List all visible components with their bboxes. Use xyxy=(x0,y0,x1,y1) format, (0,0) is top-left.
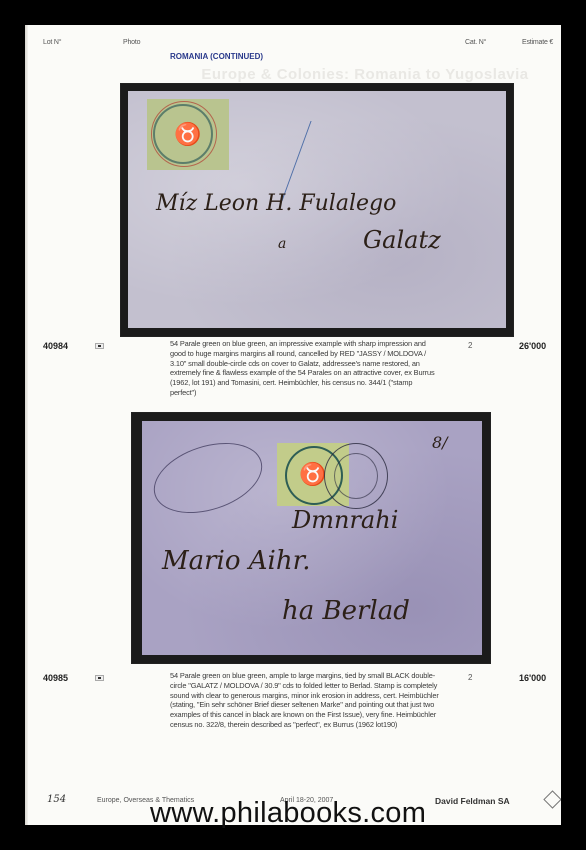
docket-mark: 8/ xyxy=(432,433,448,452)
lot-catalogue-number: 2 xyxy=(468,341,472,350)
lot-number: 40984 xyxy=(43,341,68,351)
catalogue-page: Lot N° Photo Cat. N° Estimate € ROMANIA … xyxy=(25,25,561,825)
footer-brand: David Feldman SA xyxy=(435,796,510,806)
lot-photo-40985[interactable]: ♉ 8/ Dmnrahi Mario Aihr. ha Berlad xyxy=(131,412,491,664)
address-line: Mı́z Leon H. Fulalego xyxy=(156,191,396,216)
address-line: a xyxy=(278,236,286,252)
address-line: Galatz xyxy=(363,226,441,254)
red-cancel-mark xyxy=(151,101,217,167)
photo-icon xyxy=(95,675,104,681)
lot-photo-40984[interactable]: ♉ Mı́z Leon H. Fulalego a Galatz xyxy=(120,83,514,337)
lot-catalogue-number: 2 xyxy=(468,673,472,682)
black-cancel-mark xyxy=(324,443,388,509)
stamp-image: ♉ xyxy=(147,99,229,170)
column-header-estimate: Estimate € xyxy=(522,39,553,46)
address-line: Dmnrahi xyxy=(292,506,398,534)
lot-estimate: 26'000 xyxy=(519,341,546,351)
lot-description: 54 Parale green on blue green, ample to … xyxy=(170,671,440,730)
address-line: Mario Aihr. xyxy=(162,546,310,576)
photo-icon xyxy=(95,343,104,349)
page-number: 154 xyxy=(47,794,66,805)
cover-envelope: ♉ Mı́z Leon H. Fulalego a Galatz xyxy=(128,91,506,328)
folded-letter: ♉ 8/ Dmnrahi Mario Aihr. ha Berlad xyxy=(142,421,482,655)
blue-crayon-mark xyxy=(281,121,341,201)
column-header-photo: Photo xyxy=(123,39,140,46)
lot-number: 40985 xyxy=(43,673,68,683)
address-line: ha Berlad xyxy=(282,596,410,626)
oval-cachet-mark xyxy=(145,430,271,525)
section-title: ROMANIA (CONTINUED) xyxy=(170,52,263,61)
column-header-cat: Cat. N° xyxy=(465,39,486,46)
feldman-logo-icon xyxy=(543,790,561,808)
column-header-lot: Lot N° xyxy=(43,39,61,46)
lot-description: 54 Parale green on blue green, an impres… xyxy=(170,339,440,398)
watermark-url: www.philabooks.com xyxy=(150,797,426,830)
aurochs-emblem-icon: ♉ xyxy=(299,462,326,487)
lot-estimate: 16'000 xyxy=(519,673,546,683)
